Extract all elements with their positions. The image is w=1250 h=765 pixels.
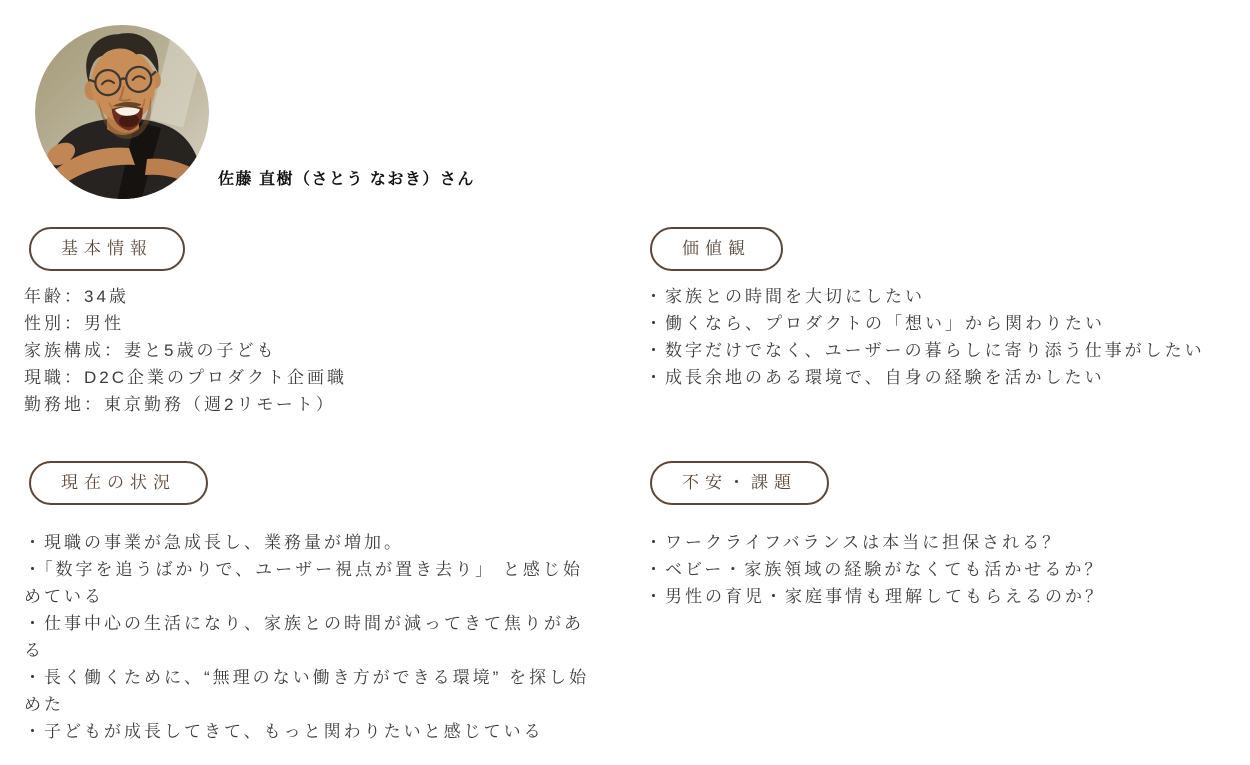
concerns-item: ・男性の育児・家庭事情も理解してもらえるのか？ <box>645 583 1230 610</box>
section-basic-info: 基本情報 年齢：34歳性別：男性家族構成：妻と5歳の子ども現職：D2C企業のプロ… <box>24 227 602 418</box>
concerns-item: ・ワークライフバランスは本当に担保される？ <box>645 529 1230 556</box>
concerns-item: ・ベビー・家族領域の経験がなくても活かせるか？ <box>645 556 1230 583</box>
current-situation-list: ・現職の事業が急成長し、業務量が増加。・「数字を追うばかりで、ユーザー視点が置き… <box>24 529 602 745</box>
basic-info-line: 現職：D2C企業のプロダクト企画職 <box>24 364 602 391</box>
current-situation-item: ・「数字を追うばかりで、ユーザー視点が置き去り」 と感じ始めている <box>24 556 602 610</box>
section-current-situation: 現在の状況 ・現職の事業が急成長し、業務量が増加。・「数字を追うばかりで、ユーザ… <box>24 461 602 745</box>
current-situation-item: ・子どもが成長してきて、もっと関わりたいと感じている <box>24 718 602 745</box>
section-label-values: 価値観 <box>650 227 783 271</box>
values-list: ・家族との時間を大切にしたい・働くなら、プロダクトの「想い」から関わりたい・数字… <box>645 283 1230 391</box>
current-situation-item: ・現職の事業が急成長し、業務量が増加。 <box>24 529 602 556</box>
section-label-basic-info: 基本情報 <box>29 227 185 271</box>
values-item: ・働くなら、プロダクトの「想い」から関わりたい <box>645 310 1230 337</box>
values-item: ・数字だけでなく、ユーザーの暮らしに寄り添う仕事がしたい <box>645 337 1230 364</box>
basic-info-line: 年齢：34歳 <box>24 283 602 310</box>
basic-info-line: 勤務地：東京勤務（週2リモート） <box>24 391 602 418</box>
values-item: ・成長余地のある環境で、自身の経験を活かしたい <box>645 364 1230 391</box>
persona-page: 佐藤 直樹（さとう なおき）さん 基本情報 年齢：34歳性別：男性家族構成：妻と… <box>0 0 1250 765</box>
current-situation-item: ・仕事中心の生活になり、家族との時間が減ってきて焦りがある <box>24 610 602 664</box>
basic-info-line: 家族構成：妻と5歳の子ども <box>24 337 602 364</box>
section-concerns: 不安・課題 ・ワークライフバランスは本当に担保される？・ベビー・家族領域の経験が… <box>645 461 1230 610</box>
profile-photo-illustration <box>35 25 209 199</box>
basic-info-list: 年齢：34歳性別：男性家族構成：妻と5歳の子ども現職：D2C企業のプロダクト企画… <box>24 283 602 418</box>
section-values: 価値観 ・家族との時間を大切にしたい・働くなら、プロダクトの「想い」から関わりた… <box>645 227 1230 391</box>
values-item: ・家族との時間を大切にしたい <box>645 283 1230 310</box>
basic-info-line: 性別：男性 <box>24 310 602 337</box>
current-situation-item: ・長く働くために、“無理のない働き方ができる環境” を探し始めた <box>24 664 602 718</box>
section-label-concerns: 不安・課題 <box>650 461 829 505</box>
persona-name: 佐藤 直樹（さとう なおき）さん <box>218 166 475 189</box>
concerns-list: ・ワークライフバランスは本当に担保される？・ベビー・家族領域の経験がなくても活か… <box>645 529 1230 610</box>
profile-photo <box>35 25 209 199</box>
section-label-current-situation: 現在の状況 <box>29 461 208 505</box>
